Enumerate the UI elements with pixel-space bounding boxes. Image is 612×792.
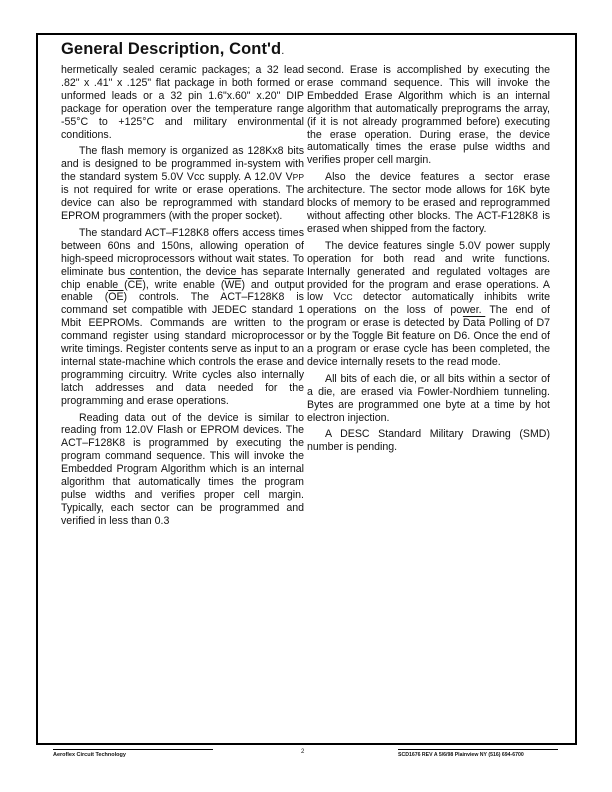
footer-company: Aeroflex Circuit Technology — [53, 749, 213, 758]
section-title: General Description, Cont'd. — [61, 40, 284, 59]
text-run: The flash memory is organized as 128Kx8 … — [61, 145, 304, 183]
text-run: is not required for write or erase opera… — [61, 184, 304, 222]
write-enable-signal: WE — [224, 279, 241, 291]
paragraph-reading-data: Reading data out of the device is simila… — [61, 412, 304, 528]
paragraph-smd: A DESC Standard Military Drawing (SMD) n… — [307, 428, 550, 454]
output-enable-signal: OE — [108, 291, 123, 303]
data-polling-signal: Data — [463, 317, 485, 329]
paragraph-sector-erase: Also the device features a sector erase … — [307, 171, 550, 236]
page-number: 2 — [301, 749, 304, 755]
vpp-subscript: PP — [293, 172, 304, 182]
text-run: ) controls. The ACT–F128K8 is command se… — [61, 291, 304, 406]
paragraph-access-times: The standard ACT–F128K8 offers access ti… — [61, 227, 304, 408]
vcc-subscript: CC — [340, 292, 352, 302]
section-title-text: General Description, Cont'd — [61, 40, 281, 58]
paragraph-tunneling: All bits of each die, or all bits within… — [307, 373, 550, 425]
paragraph-power-supply: The device features single 5.0V power su… — [307, 240, 550, 369]
section-title-tail: . — [281, 45, 284, 57]
paragraph-organization: The flash memory is organized as 128Kx8 … — [61, 145, 304, 222]
paragraph-erase: second. Erase is accomplished by executi… — [307, 64, 550, 167]
chip-enable-signal: CE — [128, 279, 143, 291]
footer-doc-info: SCD1676 REV A 5/6/98 Plainview NY (516) … — [398, 749, 558, 758]
left-column: hermetically sealed ceramic packages; a … — [61, 64, 304, 532]
paragraph-packages: hermetically sealed ceramic packages; a … — [61, 64, 304, 141]
right-column: second. Erase is accomplished by executi… — [307, 64, 550, 458]
text-run: ), write enable ( — [142, 279, 224, 291]
